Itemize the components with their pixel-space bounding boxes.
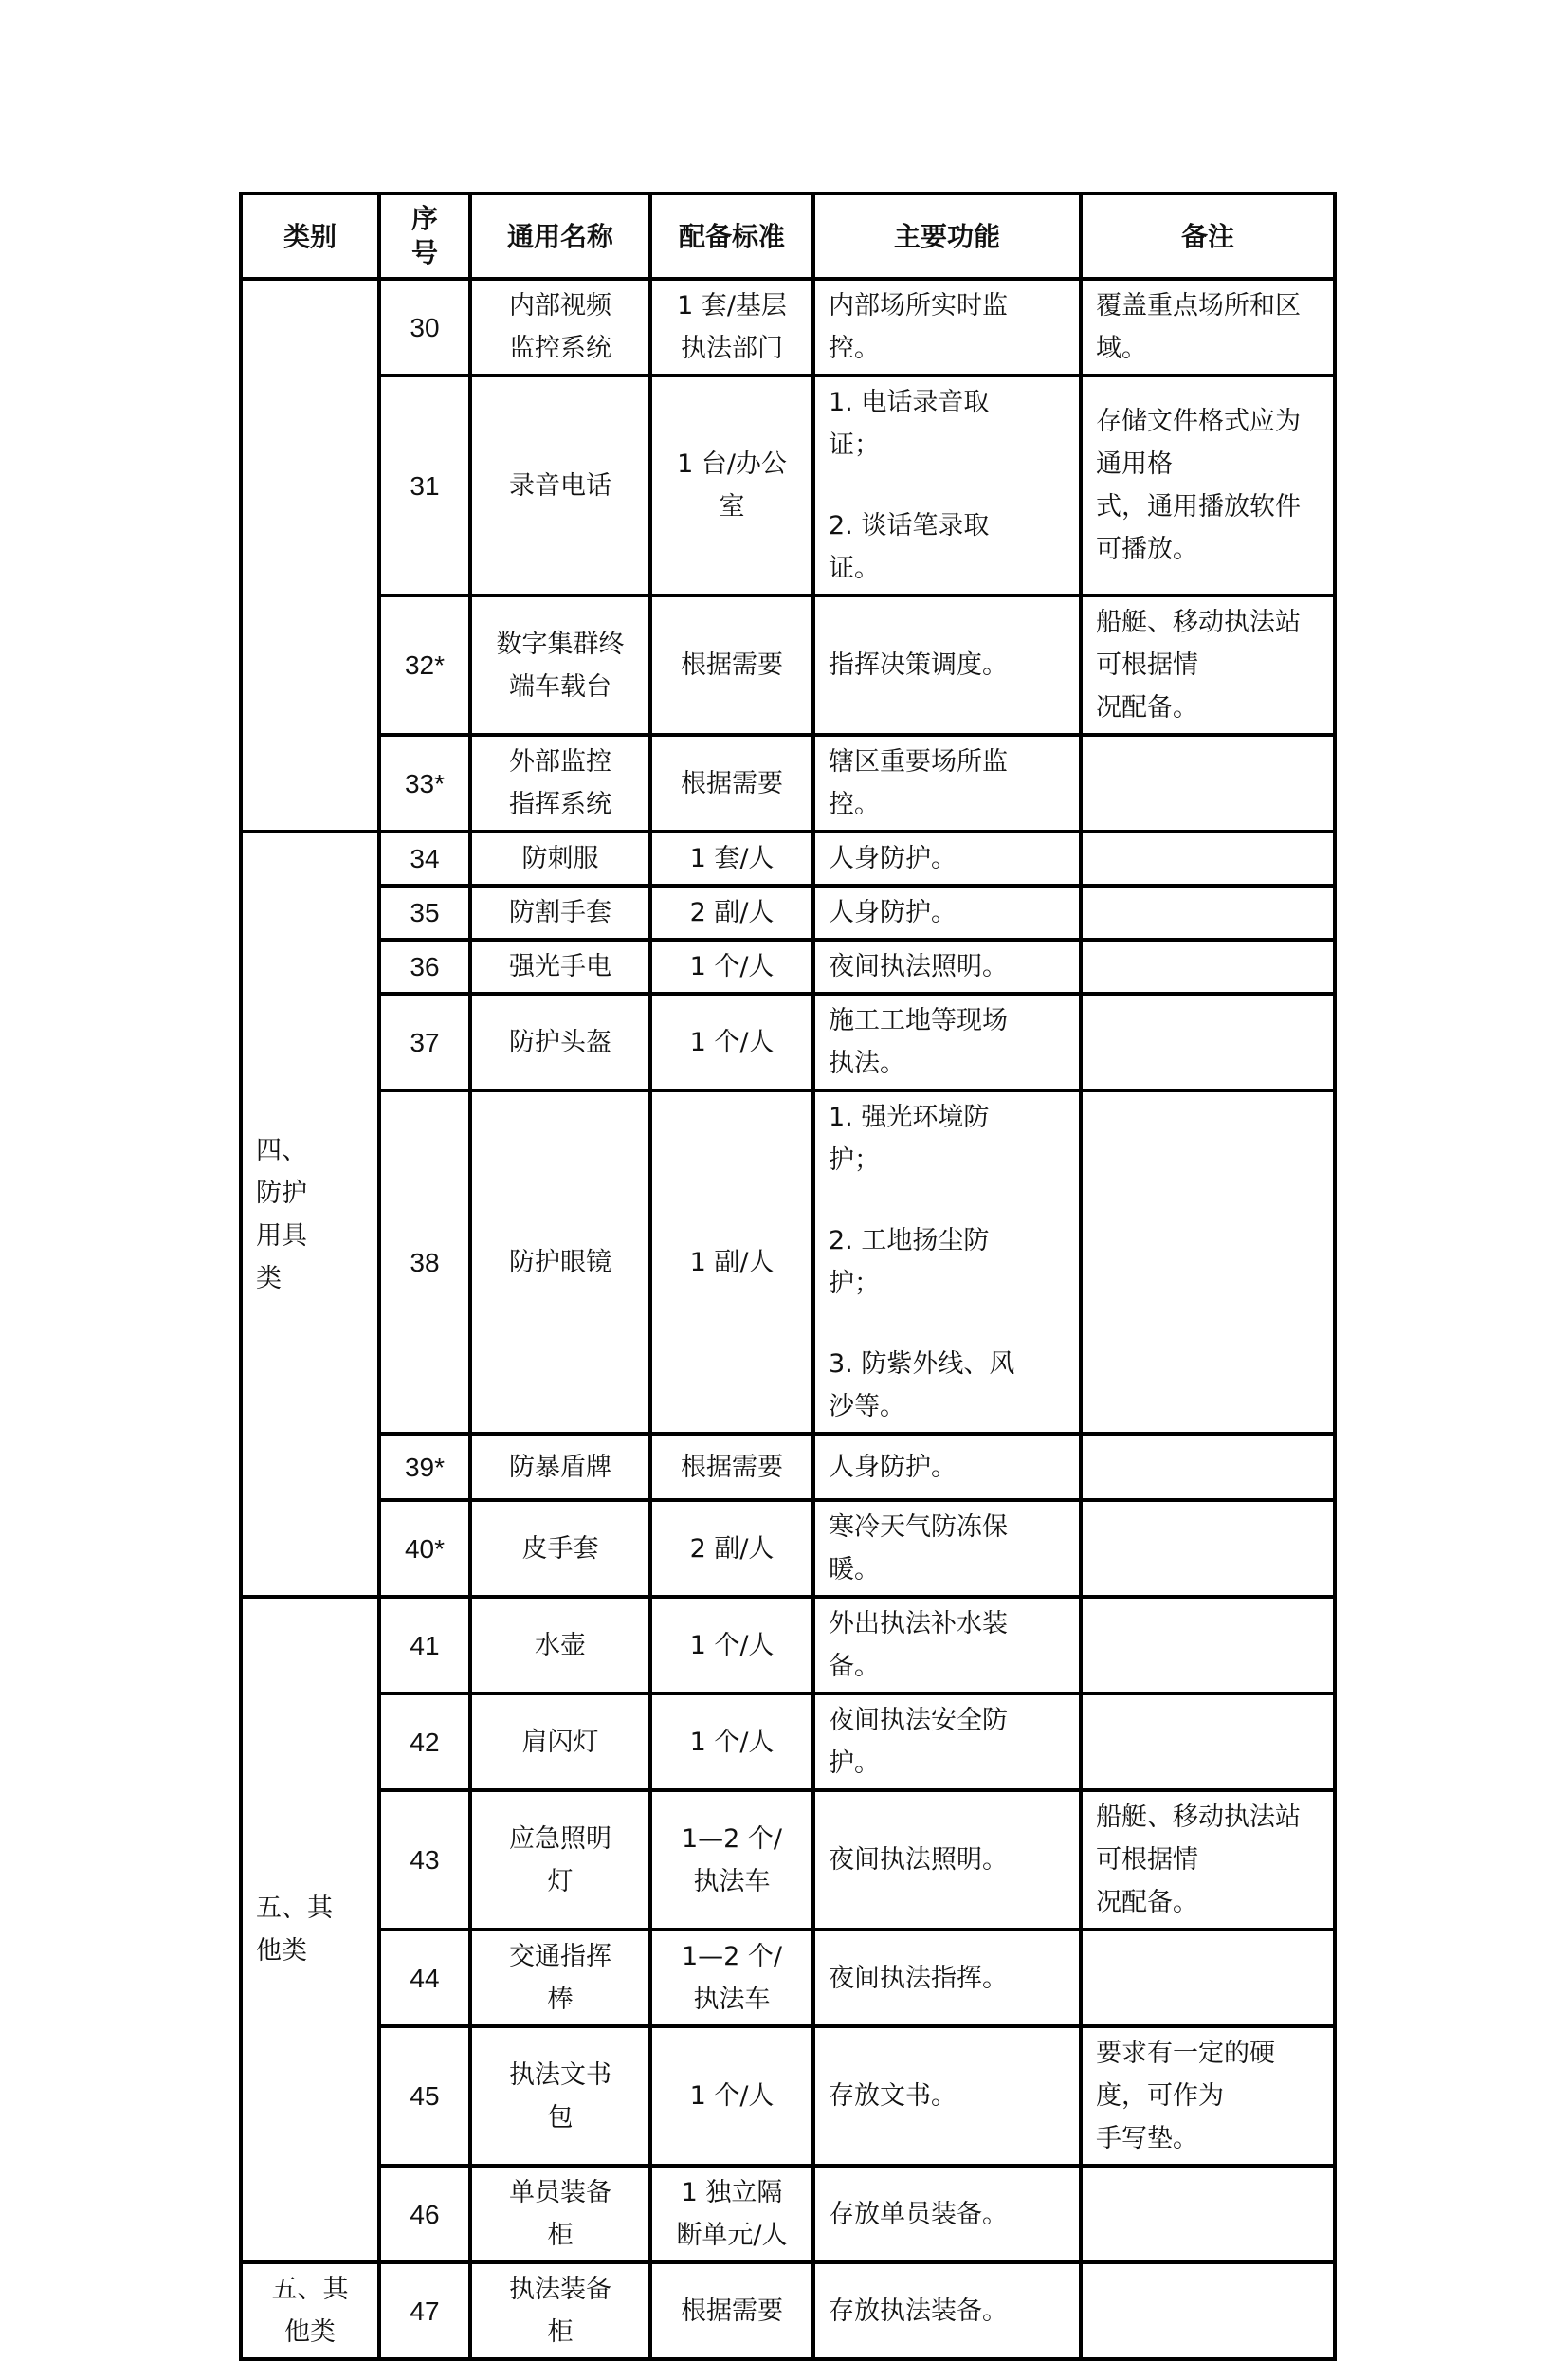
row-number: 37 — [379, 994, 470, 1090]
row-number: 30 — [379, 279, 470, 375]
header-number-line2: 号 — [411, 238, 438, 267]
item-standard: 1—2 个/ 执法车 — [650, 1930, 813, 2026]
item-name: 交通指挥 棒 — [470, 1930, 650, 2026]
header-note: 备注 — [1081, 193, 1335, 279]
row-number: 41 — [379, 1597, 470, 1693]
category-cell: 五、其 他类 — [241, 1597, 379, 2262]
function-point-3: 3. 防紫外线、风 沙等。 — [829, 1349, 1014, 1421]
item-function: 人身防护。 — [813, 886, 1081, 940]
item-name: 应急照明 灯 — [470, 1790, 650, 1930]
table-row: 42 肩闪灯 1 个/人 夜间执法安全防 护。 — [241, 1693, 1335, 1790]
item-note: 要求有一定的硬度，可作为 手写垫。 — [1081, 2026, 1335, 2166]
item-function: 外出执法补水装 备。 — [813, 1597, 1081, 1693]
item-note: 覆盖重点场所和区域。 — [1081, 279, 1335, 375]
row-number: 36 — [379, 940, 470, 994]
item-standard: 1 个/人 — [650, 994, 813, 1090]
table-row: 30 内部视频 监控系统 1 套/基层 执法部门 内部场所实时监 控。 覆盖重点… — [241, 279, 1335, 375]
item-note — [1081, 940, 1335, 994]
table-row: 44 交通指挥 棒 1—2 个/ 执法车 夜间执法指挥。 — [241, 1930, 1335, 2026]
row-number: 32* — [379, 595, 470, 735]
item-function: 人身防护。 — [813, 1434, 1081, 1500]
item-standard: 1 独立隔 断单元/人 — [650, 2166, 813, 2262]
item-note — [1081, 2166, 1335, 2262]
item-standard: 根据需要 — [650, 595, 813, 735]
item-function: 施工工地等现场 执法。 — [813, 994, 1081, 1090]
function-point-2: 2. 工地扬尘防 护； — [829, 1226, 989, 1298]
item-note — [1081, 735, 1335, 832]
table-row: 五、其 他类 47 执法装备 柜 根据需要 存放执法装备。 — [241, 2262, 1335, 2359]
item-function: 内部场所实时监 控。 — [813, 279, 1081, 375]
header-function: 主要功能 — [813, 193, 1081, 279]
row-number: 42 — [379, 1693, 470, 1790]
item-standard: 根据需要 — [650, 2262, 813, 2359]
item-note — [1081, 1693, 1335, 1790]
item-standard: 2 副/人 — [650, 886, 813, 940]
item-note — [1081, 2262, 1335, 2359]
item-function: 寒冷天气防冻保 暖。 — [813, 1500, 1081, 1597]
item-name: 防护头盔 — [470, 994, 650, 1090]
function-point-1: 1. 强光环境防 护； — [829, 1103, 989, 1175]
item-standard: 1 副/人 — [650, 1090, 813, 1434]
table-row: 31 录音电话 1 台/办公 室 1. 电话录音取 证； 2. 谈话笔录取 证。… — [241, 375, 1335, 595]
row-number: 47 — [379, 2262, 470, 2359]
item-name: 水壶 — [470, 1597, 650, 1693]
item-function: 夜间执法照明。 — [813, 1790, 1081, 1930]
item-function: 1. 强光环境防 护； 2. 工地扬尘防 护； 3. 防紫外线、风 沙等。 — [813, 1090, 1081, 1434]
item-note: 船艇、移动执法站可根据情 况配备。 — [1081, 595, 1335, 735]
item-name: 防割手套 — [470, 886, 650, 940]
header-number: 序号 — [379, 193, 470, 279]
item-name: 皮手套 — [470, 1500, 650, 1597]
header-row: 类别 序号 通用名称 配备标准 主要功能 备注 — [241, 193, 1335, 279]
table-row: 38 防护眼镜 1 副/人 1. 强光环境防 护； 2. 工地扬尘防 护； 3.… — [241, 1090, 1335, 1434]
item-note — [1081, 1090, 1335, 1434]
item-standard: 根据需要 — [650, 1434, 813, 1500]
row-number: 39* — [379, 1434, 470, 1500]
table-row: 37 防护头盔 1 个/人 施工工地等现场 执法。 — [241, 994, 1335, 1090]
item-function: 夜间执法照明。 — [813, 940, 1081, 994]
item-note — [1081, 832, 1335, 886]
item-function: 1. 电话录音取 证； 2. 谈话笔录取 证。 — [813, 375, 1081, 595]
item-standard: 1 个/人 — [650, 2026, 813, 2166]
category-cell: 五、其 他类 — [241, 2262, 379, 2359]
header-category: 类别 — [241, 193, 379, 279]
item-name: 防刺服 — [470, 832, 650, 886]
table-row: 46 单员装备 柜 1 独立隔 断单元/人 存放单员装备。 — [241, 2166, 1335, 2262]
item-name: 防护眼镜 — [470, 1090, 650, 1434]
table-row: 四、 防护 用具 类 34 防刺服 1 套/人 人身防护。 — [241, 832, 1335, 886]
item-standard: 1 个/人 — [650, 1693, 813, 1790]
item-standard: 根据需要 — [650, 735, 813, 832]
item-standard: 1 个/人 — [650, 1597, 813, 1693]
item-name: 防暴盾牌 — [470, 1434, 650, 1500]
item-name: 执法文书 包 — [470, 2026, 650, 2166]
item-note: 存储文件格式应为通用格 式，通用播放软件可播放。 — [1081, 375, 1335, 595]
item-name: 强光手电 — [470, 940, 650, 994]
table-row: 40* 皮手套 2 副/人 寒冷天气防冻保 暖。 — [241, 1500, 1335, 1597]
item-note: 船艇、移动执法站可根据情 况配备。 — [1081, 1790, 1335, 1930]
function-point-1: 1. 电话录音取 证； — [829, 388, 989, 460]
item-standard: 1 台/办公 室 — [650, 375, 813, 595]
row-number: 34 — [379, 832, 470, 886]
item-note — [1081, 1597, 1335, 1693]
item-function: 存放执法装备。 — [813, 2262, 1081, 2359]
category-cell — [241, 279, 379, 832]
item-function: 存放单员装备。 — [813, 2166, 1081, 2262]
item-name: 内部视频 监控系统 — [470, 279, 650, 375]
item-function: 人身防护。 — [813, 832, 1081, 886]
function-point-2: 2. 谈话笔录取 证。 — [829, 511, 989, 583]
row-number: 38 — [379, 1090, 470, 1434]
table-row: 39* 防暴盾牌 根据需要 人身防护。 — [241, 1434, 1335, 1500]
item-note — [1081, 1434, 1335, 1500]
item-name: 肩闪灯 — [470, 1693, 650, 1790]
item-function: 指挥决策调度。 — [813, 595, 1081, 735]
item-note — [1081, 1930, 1335, 2026]
equipment-table: 类别 序号 通用名称 配备标准 主要功能 备注 30 内部视频 监控系统 1 套… — [239, 192, 1337, 2361]
table-row: 32* 数字集群终 端车载台 根据需要 指挥决策调度。 船艇、移动执法站可根据情… — [241, 595, 1335, 735]
table-row: 36 强光手电 1 个/人 夜间执法照明。 — [241, 940, 1335, 994]
item-name: 录音电话 — [470, 375, 650, 595]
item-name: 外部监控 指挥系统 — [470, 735, 650, 832]
row-number: 35 — [379, 886, 470, 940]
table-row: 33* 外部监控 指挥系统 根据需要 辖区重要场所监 控。 — [241, 735, 1335, 832]
item-function: 夜间执法安全防 护。 — [813, 1693, 1081, 1790]
item-note — [1081, 994, 1335, 1090]
item-function: 夜间执法指挥。 — [813, 1930, 1081, 2026]
table-row: 35 防割手套 2 副/人 人身防护。 — [241, 886, 1335, 940]
table-row: 五、其 他类 41 水壶 1 个/人 外出执法补水装 备。 — [241, 1597, 1335, 1693]
row-number: 43 — [379, 1790, 470, 1930]
header-standard: 配备标准 — [650, 193, 813, 279]
row-number: 46 — [379, 2166, 470, 2262]
table-row: 43 应急照明 灯 1—2 个/ 执法车 夜间执法照明。 船艇、移动执法站可根据… — [241, 1790, 1335, 1930]
row-number: 33* — [379, 735, 470, 832]
row-number: 44 — [379, 1930, 470, 2026]
header-number-line1: 序 — [411, 204, 438, 233]
row-number: 45 — [379, 2026, 470, 2166]
item-note — [1081, 886, 1335, 940]
item-function: 存放文书。 — [813, 2026, 1081, 2166]
item-standard: 2 副/人 — [650, 1500, 813, 1597]
item-function: 辖区重要场所监 控。 — [813, 735, 1081, 832]
item-name: 数字集群终 端车载台 — [470, 595, 650, 735]
item-standard: 1 套/人 — [650, 832, 813, 886]
table-row: 45 执法文书 包 1 个/人 存放文书。 要求有一定的硬度，可作为 手写垫。 — [241, 2026, 1335, 2166]
category-cell: 四、 防护 用具 类 — [241, 832, 379, 1597]
row-number: 31 — [379, 375, 470, 595]
row-number: 40* — [379, 1500, 470, 1597]
header-name: 通用名称 — [470, 193, 650, 279]
item-standard: 1—2 个/ 执法车 — [650, 1790, 813, 1930]
item-note — [1081, 1500, 1335, 1597]
item-name: 执法装备 柜 — [470, 2262, 650, 2359]
item-standard: 1 套/基层 执法部门 — [650, 279, 813, 375]
item-name: 单员装备 柜 — [470, 2166, 650, 2262]
item-standard: 1 个/人 — [650, 940, 813, 994]
